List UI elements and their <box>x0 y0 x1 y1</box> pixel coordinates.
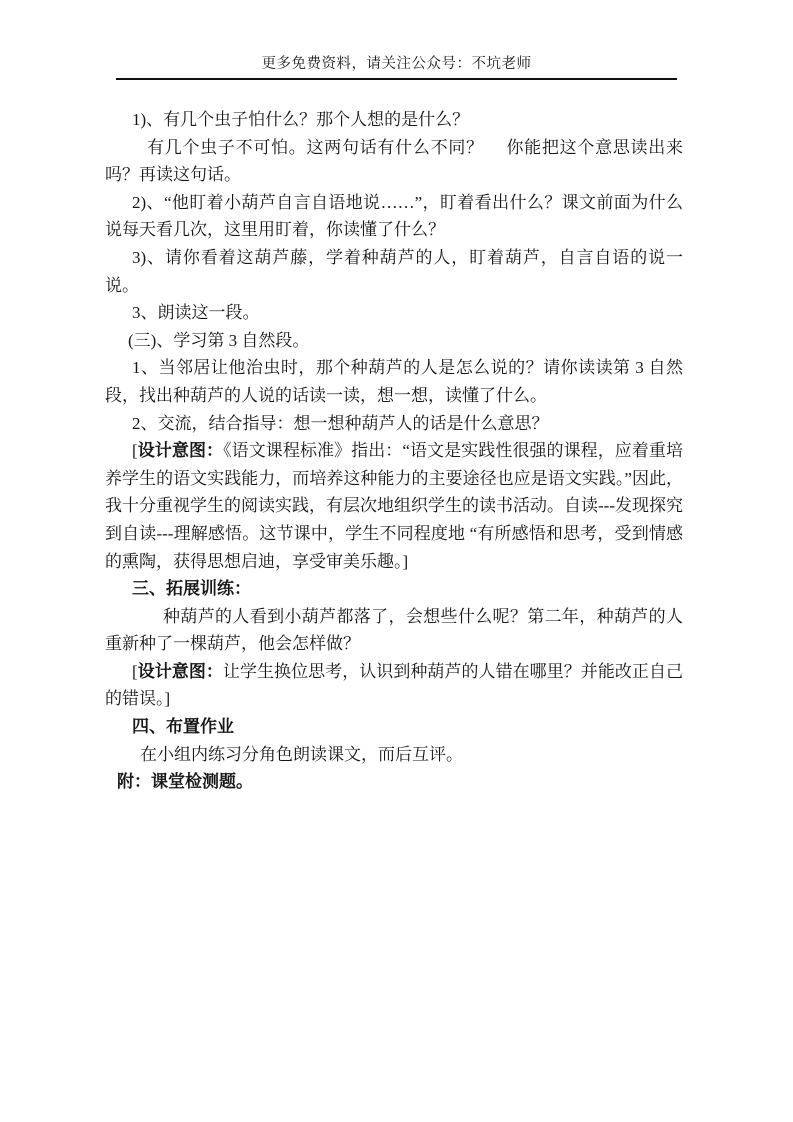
para-homework-detail: 在小组内练习分角色朗读课文，而后互评。 <box>105 741 683 769</box>
design-intent-1-label: 设计意图： <box>138 441 223 460</box>
para-question-1-followup: 有几个虫子不可怕。这两句话有什么不同？ 你能把这个意思读出来吗？再读这句话。 <box>105 134 683 189</box>
heading-homework: 四、布置作业 <box>105 713 683 741</box>
para-expansion-question: 种葫芦的人看到小葫芦都落了，会想些什么呢？第二年，种葫芦的人重新种了一棵葫芦，他… <box>105 603 683 658</box>
heading-expansion-training: 三、拓展训练： <box>105 575 683 603</box>
para-read-aloud: 3、朗读这一段。 <box>105 299 683 327</box>
header-promo-text: 更多免费资料，请关注公众号：不坑老师 <box>262 56 532 72</box>
para-design-intent-2: [设计意图：让学生换位思考，认识到种葫芦的人错在哪里？并能改正自己的错误。] <box>105 658 683 713</box>
para-step-2: 2、交流，结合指导：想一想种葫芦人的话是什么意思？ <box>105 410 683 438</box>
para-step-1: 1、当邻居让他治虫时，那个种葫芦的人是怎么说的？请你读读第 3 自然段，找出种葫… <box>105 354 683 409</box>
para-design-intent-1: [设计意图：《语文课程标准》指出：“语文是实践性很强的课程，应着重培养学生的语文… <box>105 437 683 575</box>
page-header: 更多免费资料，请关注公众号：不坑老师 <box>116 0 677 80</box>
para-question-2: 2)、“他盯着小葫芦自言自语地说……”，盯着看出什么？课文前面为什么说每天看几次… <box>105 189 683 244</box>
para-section-3-heading: (三)、学习第 3 自然段。 <box>105 327 683 355</box>
document-page: 更多免费资料，请关注公众号：不坑老师 1)、有几个虫子怕什么？那个人想的是什么？… <box>0 0 793 1122</box>
para-question-3: 3)、请你看着这葫芦藤，学着种葫芦的人，盯着葫芦，自言自语的说一说。 <box>105 244 683 299</box>
para-attachment-note: 附：课堂检测题。 <box>105 768 683 796</box>
para-question-1: 1)、有几个虫子怕什么？那个人想的是什么？ <box>105 106 683 134</box>
document-body: 1)、有几个虫子怕什么？那个人想的是什么？ 有几个虫子不可怕。这两句话有什么不同… <box>0 80 793 796</box>
design-intent-1-text: 《语文课程标准》指出：“语文是实践性很强的课程，应着重培养学生的语文实践能力，而… <box>105 441 683 570</box>
design-intent-2-label: 设计意图： <box>138 662 223 681</box>
